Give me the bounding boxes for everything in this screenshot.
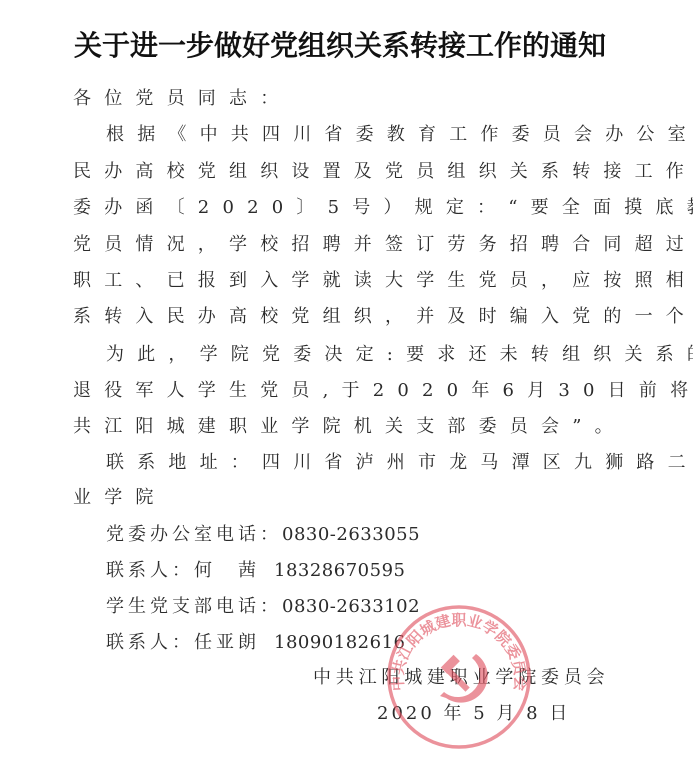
issuer-signature: 中共江阳城建职业学院委员会 [313,666,609,690]
paragraph1-line: 根据《中共四川省委教育工作委员会办公室关于进一步规范 [106,123,693,147]
paragraph1-line: 党员情况，学校招聘并签订劳务招聘合同超过6个月的党员教 [73,233,693,257]
contact-address-continued: 业学院 [73,486,167,510]
contact-address: 联系地址：四川省泸州市龙马潭区九狮路二段江阳城建职 [106,451,693,475]
contact-person-2: 联系人：任亚朗18090182616 [106,631,405,655]
document-title: 关于进一步做好党组织关系转接工作的通知 [0,26,680,66]
notice-document: 关于进一步做好党组织关系转接工作的通知 各位党员同志： 根据《中共四川省委教育工… [0,0,693,758]
paragraph1-line: 系转入民办高校党组织，并及时编入党的一个支部”。 [73,305,693,329]
student-branch-phone: 学生党支部电话：0830-2633102 [106,595,420,619]
contact-person-2-label: 联系人： [106,632,194,653]
paragraph1-line: 民办高校党组织设置及党员组织关系转接工作的通知》（川教工 [73,160,693,184]
contact-person-1-label: 联系人： [106,560,194,581]
salutation: 各位党员同志： [73,87,291,111]
party-office-phone: 党委办公室电话：0830-2633055 [106,523,420,547]
contact-person-2-name: 任亚朗 [194,632,260,653]
student-branch-phone-label: 学生党支部电话： [106,596,282,617]
party-office-phone-label: 党委办公室电话： [106,524,282,545]
paragraph2-line: 退役军人学生党员,于2020年6月30日前将组织关系转入“中 [73,379,693,403]
issue-date: 2020 年 5 月 8 日 [377,702,570,726]
contact-person-1-phone: 18328670595 [274,560,405,581]
address-label: 联系地址： [106,452,262,473]
paragraph2-line: 共江阳城建职业学院机关支部委员会”。 [73,415,626,439]
paragraph1-line: 委办函〔2020〕5号）规定：“要全面摸底教职工党员、学生 [73,196,693,220]
party-office-phone-number: 0830-2633055 [282,524,420,545]
contact-person-1-name: 何 茜 [194,560,260,581]
address-value: 四川省泸州市龙马潭区九狮路二段江阳城建职 [262,452,693,473]
contact-person-2-phone: 18090182616 [274,632,405,653]
paragraph2-line: 为此，学院党委决定:要求还未转组织关系的教职工党员、 [106,343,693,367]
contact-person-1: 联系人：何 茜18328670595 [106,559,405,583]
paragraph1-line: 职工、已报到入学就读大学生党员，应按照相关规定将组织关 [73,269,693,293]
student-branch-phone-number: 0830-2633102 [282,596,420,617]
